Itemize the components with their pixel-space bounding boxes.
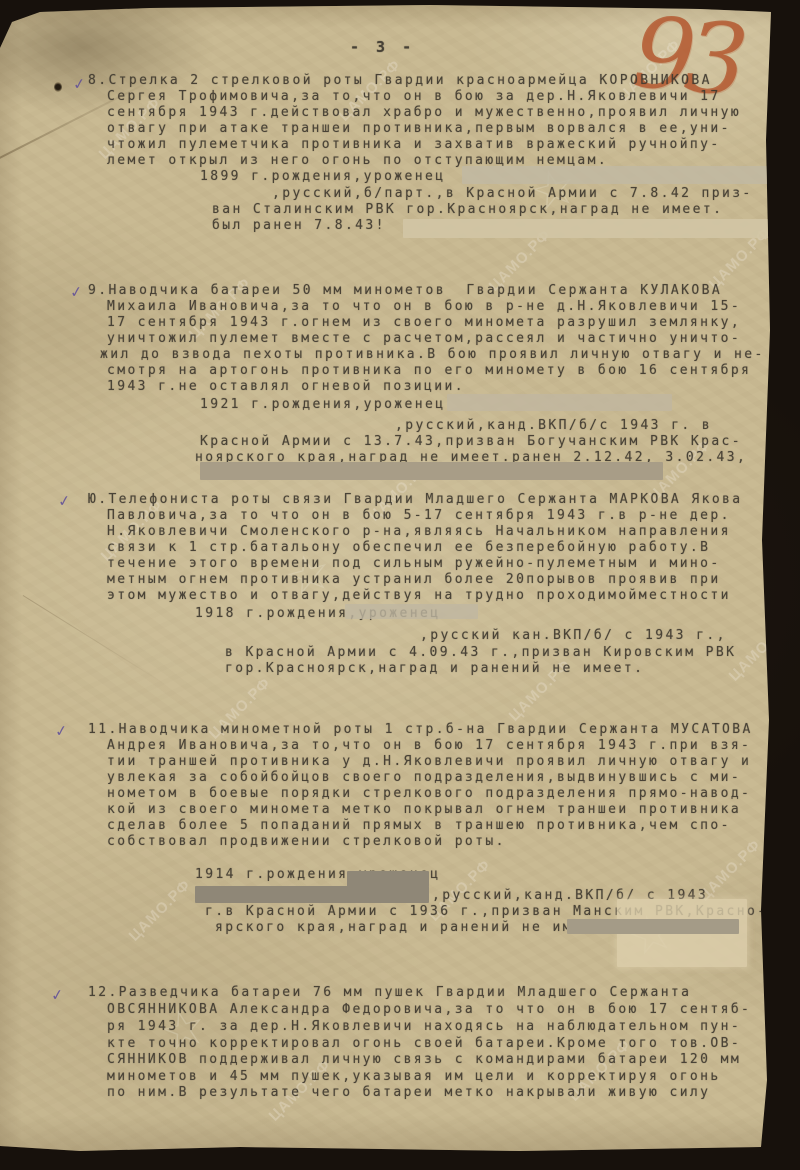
typewritten-line-p8: сентября 1943 г.действовал храбро и муже… — [107, 105, 741, 121]
typewritten-line-p10: в Красной Армии с 4.09.43 г.,призван Кир… — [225, 645, 736, 661]
redaction-bar — [403, 219, 775, 238]
archive-watermark: ЦАМО.РФ — [126, 876, 194, 944]
typewritten-line-p9: смотря на артогонь противника по его мин… — [107, 363, 751, 379]
redaction-bar — [347, 871, 429, 887]
redaction-bar — [567, 919, 739, 934]
typewritten-line-p8: отвагу при атаке траншеи противника,перв… — [107, 121, 731, 137]
scan-background: { "page": { "number_label": "- 3 -", "fo… — [0, 0, 800, 1170]
paper-hole — [54, 82, 62, 92]
typewritten-line-p8: 8.Стрелка 2 стрелковой роты Гвардии крас… — [88, 73, 712, 89]
typewritten-line-p11: нометом в боевые порядки стрелкового под… — [107, 786, 751, 802]
typewritten-line-p11: собствовал продвижении стрелковой роты. — [107, 834, 506, 850]
redaction-bar — [462, 166, 770, 184]
document-page: ЦАМО.РФ ЦАМО.РФ ЦАМО.РФ ЦАМО.РФ ЦАМО.РФ … — [0, 0, 800, 1170]
fold-crease — [23, 595, 168, 686]
typewritten-line-p9: уничтожил пулемет вместе с расчетом,расс… — [107, 331, 741, 347]
typewritten-line-p8: чтожил пулеметчика противника и захватив… — [107, 137, 721, 153]
typewritten-line-p11: тии траншей противника у д.Н.Яковлевичи … — [107, 754, 751, 770]
typewritten-line-p12: СЯННИКОВ поддерживал личную связь с кома… — [107, 1052, 741, 1068]
typewritten-line-p10: Н.Яковлевичи Смоленского р-на,являясь На… — [107, 524, 731, 540]
margin-checkmark-p8: ✓ — [72, 74, 87, 94]
typewritten-line-p10: течение этого времени под сильным ружейн… — [107, 556, 721, 572]
typewritten-line-p11: кой из своего миномета метко покрывал ог… — [107, 802, 741, 818]
typewritten-line-p9: Михаила Ивановича,за то что он в бою в р… — [107, 299, 741, 315]
typewritten-line-p9: жил до взвода пехоты противника.В бою пр… — [100, 347, 765, 363]
typewritten-line-p11: ярского края,наград и ранений не имеет — [215, 920, 604, 936]
typewritten-line-p10: Ю.Телефониста роты связи Гвардии Младшег… — [88, 492, 743, 508]
margin-checkmark-p11: ✓ — [54, 721, 69, 741]
redaction-bar — [345, 604, 478, 619]
margin-checkmark-p10: ✓ — [57, 491, 72, 511]
typewritten-line-p8: 1899 г.рождения,уроженец — [200, 169, 445, 185]
typewritten-line-p11: сделав более 5 попаданий прямых в транше… — [107, 818, 731, 834]
typewritten-line-p12: ОВСЯННИКОВА Александра Федоровича,за то … — [107, 1002, 751, 1018]
page-number: - 3 - — [350, 38, 415, 56]
typewritten-line-p10: метным огнем противника устранил более 2… — [107, 572, 721, 588]
typewritten-line-p8: ,русский,б/парт.,в Красной Армии с 7.8.4… — [272, 186, 753, 202]
redaction-bar — [447, 394, 672, 411]
typewritten-line-p10: гор.Красноярск,наград и ранений не имеет… — [225, 661, 644, 677]
typewritten-line-p11: увлекая за собойбойцов своего подразделе… — [107, 770, 741, 786]
typewritten-line-p9: 17 сентября 1943 г.огнем из своего мином… — [107, 315, 741, 331]
typewritten-line-p12: 12.Разведчика батареи 76 мм пушек Гварди… — [88, 985, 691, 1001]
typewritten-line-p11: 11.Наводчика минометной роты 1 стр.б-на … — [88, 722, 753, 738]
typewritten-line-p10: Павловича,за то что он в бою 5-17 сентяб… — [107, 508, 731, 524]
redaction-bar — [200, 462, 663, 480]
typewritten-line-p8: ван Сталинским РВК гор.Красноярск,наград… — [212, 202, 723, 218]
margin-checkmark-p12: ✓ — [50, 985, 65, 1005]
typewritten-line-p12: по ним.В результате чего батареи метко н… — [107, 1085, 710, 1101]
typewritten-line-p8: Сергея Трофимовича,за то,что он в бою за… — [107, 89, 721, 105]
typewritten-line-p9: ,русский,канд.ВКП/б/с 1943 г. в — [395, 418, 712, 434]
typewritten-line-p9: 1943 г.не оставлял огневой позиции. — [107, 379, 465, 395]
typewritten-line-p9: 9.Наводчика батареи 50 мм минометов Гвар… — [88, 283, 722, 299]
typewritten-line-p9: Красной Армии с 13.7.43,призван Богучанс… — [200, 434, 742, 450]
typewritten-line-p12: минометов и 45 мм пушек,указывая им цели… — [107, 1069, 721, 1085]
typewritten-line-p12: ря 1943 г. за дер.Н.Яковлевичи находясь … — [107, 1019, 741, 1035]
typewritten-line-p10: ,русский кан.ВКП/б/ с 1943 г., — [420, 628, 727, 644]
redaction-bar — [195, 886, 429, 903]
typewritten-line-p12: кте точно корректировал огонь своей бата… — [107, 1036, 741, 1052]
typewritten-line-p11: Андрея Ивановича,за то,что он в бою 17 с… — [107, 738, 751, 754]
typewritten-line-p8: был ранен 7.8.43! — [212, 218, 386, 234]
typewritten-line-p10: связи к 1 стр.батальону обеспечил ее без… — [107, 540, 710, 556]
typewritten-line-p9: 1921 г.рождения,уроженец — [200, 397, 445, 413]
margin-checkmark-p9: ✓ — [69, 282, 84, 302]
typewritten-line-p10: этом мужество и отвагу,действуя на трудн… — [107, 588, 731, 604]
